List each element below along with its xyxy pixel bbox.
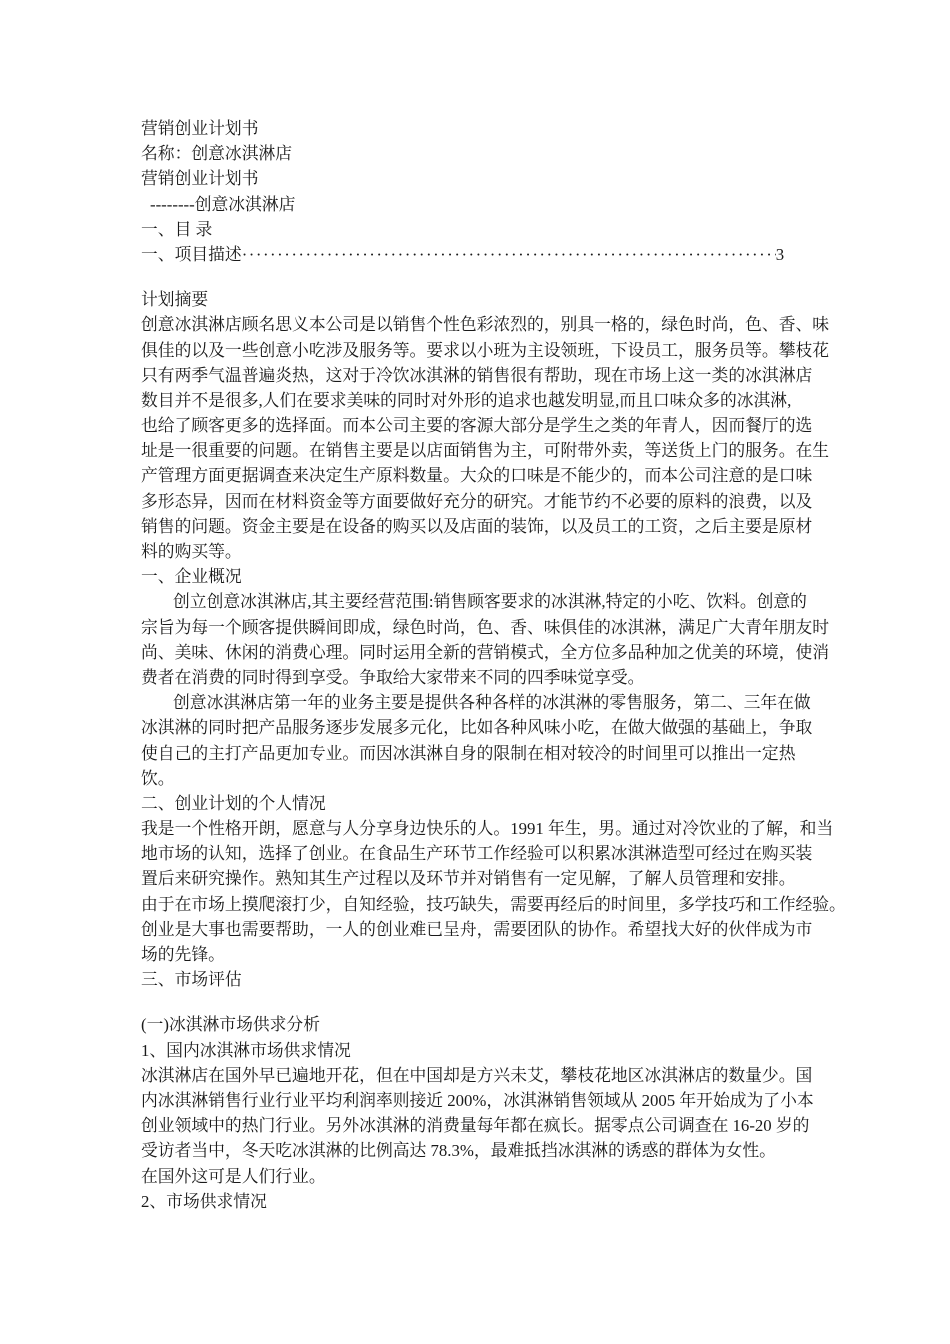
toc-dot-leader: ········································… bbox=[242, 242, 776, 267]
text-line: 尚、美味、休闲的消费心理。同时运用全新的营销模式，全方位多品种加之优美的环境，使… bbox=[141, 640, 835, 665]
text-line: 我是一个性格开朗，愿意与人分享身边快乐的人。1991 年生，男。通过对冷饮业的了… bbox=[141, 816, 835, 841]
text-line: 创业是大事也需要帮助，一人的创业难已呈舟，需要团队的协作。希望找大好的伙伴成为市 bbox=[141, 917, 835, 942]
text-line: 多形态异，因而在材料资金等方面要做好充分的研究。才能节约不必要的原料的浪费，以及 bbox=[141, 489, 835, 514]
text-line: 使自己的主打产品更加专业。而因冰淇淋自身的限制在相对较冷的时间里可以推出一定热 bbox=[141, 741, 835, 766]
text-line: 地市场的认知，选择了创业。在食品生产环节工作经验可以积累冰淇淋造型可经过在购买装 bbox=[141, 841, 835, 866]
text-line: 名称：创意冰淇淋店 bbox=[141, 141, 835, 166]
text-line: 受访者当中，冬天吃冰淇淋的比例高达 78.3%，最难抵挡冰淇淋的诱惑的群体为女性… bbox=[141, 1138, 835, 1163]
text-line: 营销创业计划书 bbox=[141, 116, 835, 141]
text-line: 俱佳的以及一些创意小吃涉及服务等。要求以小班为主设领班，下设员工，服务员等。攀枝… bbox=[141, 338, 835, 363]
text-line: 1、国内冰淇淋市场供求情况 bbox=[141, 1038, 835, 1063]
text-line: --------创意冰淇淋店 bbox=[141, 192, 835, 217]
text-line: 创意冰淇淋店顾名思义本公司是以销售个性色彩浓烈的，别具一格的，绿色时尚，色、香、… bbox=[141, 312, 835, 337]
text-line: 销售的问题。资金主要是在设备的购买以及店面的装饰，以及员工的工资，之后主要是原材 bbox=[141, 514, 835, 539]
text-line: 三、市场评估 bbox=[141, 967, 835, 992]
text-line: 内冰淇淋销售行业行业平均利润率则接近 200%，冰淇淋销售领域从 2005 年开… bbox=[141, 1088, 835, 1113]
blank-line bbox=[141, 267, 835, 287]
text-line: 址是一很重要的问题。在销售主要是以店面销售为主，可附带外卖，等送货上门的服务。在… bbox=[141, 438, 835, 463]
text-line: 置后来研究操作。熟知其生产过程以及环节并对销售有一定见解，了解人员管理和安排。 bbox=[141, 866, 835, 891]
text-line: 数目并不是很多,人们在要求美味的同时对外形的追求也越发明显,而且口味众多的冰淇淋… bbox=[141, 388, 835, 413]
text-line: 二、创业计划的个人情况 bbox=[141, 791, 835, 816]
text-line: 计划摘要 bbox=[141, 287, 835, 312]
text-line: 场的先锋。 bbox=[141, 942, 835, 967]
document-body: 营销创业计划书名称：创意冰淇淋店营销创业计划书--------创意冰淇淋店一、目… bbox=[141, 116, 835, 1214]
text-line: 由于在市场上摸爬滚打少，自知经验，技巧缺失，需要再经后的时间里，多学技巧和工作经… bbox=[141, 892, 835, 917]
text-line: 在国外这可是人们行业。 bbox=[141, 1164, 835, 1189]
text-line: 2、市场供求情况 bbox=[141, 1189, 835, 1214]
text-line: 一、目 录 bbox=[141, 217, 835, 242]
text-line: 产管理方面更据调查来决定生产原料数量。大众的口味是不能少的，而本公司注意的是口味 bbox=[141, 463, 835, 488]
text-line: 一、企业概况 bbox=[141, 564, 835, 589]
text-line: 宗旨为每一个顾客提供瞬间即成，绿色时尚，色、香、味俱佳的冰淇淋，满足广大青年朋友… bbox=[141, 615, 835, 640]
toc-entry-label: 一、项目描述 bbox=[141, 242, 242, 267]
toc-entry: 一、项目描述··································… bbox=[141, 242, 835, 267]
text-line: 创立创意冰淇淋店,其主要经营范围:销售顾客要求的冰淇淋,特定的小吃、饮料。创意的 bbox=[141, 589, 835, 614]
document-page: 营销创业计划书名称：创意冰淇淋店营销创业计划书--------创意冰淇淋店一、目… bbox=[0, 0, 950, 1344]
text-line: 也给了顾客更多的选择面。而本公司主要的客源大部分是学生之类的年青人，因而餐厅的选 bbox=[141, 413, 835, 438]
text-line: 只有两季气温普遍炎热，这对于冷饮冰淇淋的销售很有帮助，现在市场上这一类的冰淇淋店 bbox=[141, 363, 835, 388]
text-line: 创业领域中的热门行业。另外冰淇淋的消费量每年都在疯长。据零点公司调查在 16-2… bbox=[141, 1113, 835, 1138]
text-line: 营销创业计划书 bbox=[141, 166, 835, 191]
toc-page-number: 3 bbox=[776, 242, 784, 267]
text-line: 创意冰淇淋店第一年的业务主要是提供各种各样的冰淇淋的零售服务，第二、三年在做 bbox=[141, 690, 835, 715]
blank-line bbox=[141, 992, 835, 1012]
text-line: (一)冰淇淋市场供求分析 bbox=[141, 1012, 835, 1037]
text-line: 冰淇淋的同时把产品服务逐步发展多元化，比如各种风味小吃，在做大做强的基础上，争取 bbox=[141, 715, 835, 740]
text-line: 冰淇淋店在国外早已遍地开花，但在中国却是方兴未艾，攀枝花地区冰淇淋店的数量少。国 bbox=[141, 1063, 835, 1088]
text-line: 费者在消费的同时得到享受。争取给大家带来不同的四季味觉享受。 bbox=[141, 665, 835, 690]
text-line: 料的购买等。 bbox=[141, 539, 835, 564]
text-line: 饮。 bbox=[141, 766, 835, 791]
